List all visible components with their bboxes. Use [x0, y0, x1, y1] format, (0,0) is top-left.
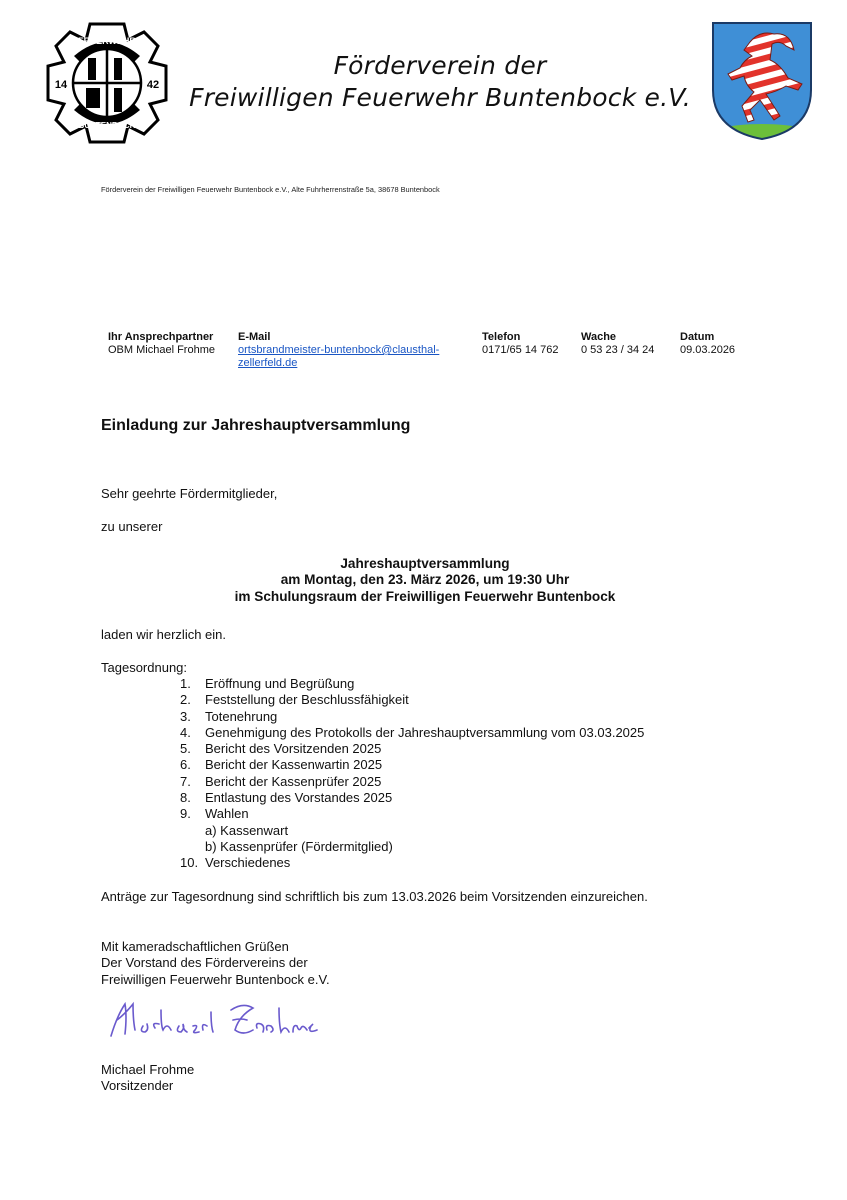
agenda-item: 4.Genehmigung des Protokolls der Jahresh…: [180, 725, 644, 741]
agenda-subitem: b) Kassenprüfer (Fördermitglied): [205, 839, 644, 855]
organization-title-line2: Freiwilligen Feuerwehr Buntenbock e.V.: [180, 82, 700, 114]
invite-text: laden wir herzlich ein.: [101, 627, 226, 643]
date-label: Datum: [680, 331, 775, 344]
contact-label: Ihr Ansprechpartner: [108, 331, 233, 344]
svg-text:FEUERWEHR: FEUERWEHR: [78, 36, 136, 46]
contact-value: OBM Michael Frohme: [108, 344, 233, 357]
agenda-item-text: Feststellung der Beschlussfähigkeit: [205, 692, 409, 707]
contact-person-block: Ihr Ansprechpartner OBM Michael Frohme: [108, 331, 233, 357]
svg-text:BUNTENBOCK: BUNTENBOCK: [79, 121, 136, 130]
deadline-notice: Anträge zur Tagesordnung sind schriftlic…: [101, 889, 648, 905]
email-block: E-Mail ortsbrandmeister-buntenbock@claus…: [238, 331, 468, 370]
station-value: 0 53 23 / 34 24: [581, 344, 676, 357]
agenda-item-text: Bericht des Vorsitzenden 2025: [205, 741, 381, 756]
phone-label: Telefon: [482, 331, 577, 344]
agenda-item-text: Verschiedenes: [205, 855, 290, 870]
agenda-item-text: Totenehrung: [205, 709, 277, 724]
salutation: Sehr geehrte Fördermitglieder,: [101, 486, 277, 502]
agenda-item-text: Bericht der Kassenwartin 2025: [205, 757, 382, 772]
signature: [103, 996, 333, 1044]
signer-role: Vorsitzender: [101, 1078, 194, 1094]
event-details: Jahreshauptversammlung am Montag, den 23…: [101, 556, 749, 605]
agenda-item: 8.Entlastung des Vorstandes 2025: [180, 790, 644, 806]
agenda-item-number: 3.: [180, 709, 191, 725]
closing-block: Mit kameradschaftlichen Grüßen Der Vorst…: [101, 939, 330, 988]
agenda-item-text: Entlastung des Vorstandes 2025: [205, 790, 392, 805]
svg-text:14: 14: [55, 79, 68, 91]
agenda-item: 10.Verschiedenes: [180, 855, 644, 871]
agenda-subitem: a) Kassenwart: [205, 823, 644, 839]
agenda-item-text: Genehmigung des Protokolls der Jahreshau…: [205, 725, 644, 740]
organization-title-line1: Förderverein der: [180, 50, 700, 82]
agenda-item-number: 8.: [180, 790, 191, 806]
event-title: Jahreshauptversammlung: [101, 556, 749, 572]
agenda-item: 7.Bericht der Kassenprüfer 2025: [180, 774, 644, 790]
letter-subject: Einladung zur Jahreshauptversammlung: [101, 417, 410, 435]
agenda-label: Tagesordnung:: [101, 660, 187, 676]
closing-greeting: Mit kameradschaftlichen Grüßen: [101, 939, 330, 955]
station-label: Wache: [581, 331, 676, 344]
signer-name: Michael Frohme: [101, 1062, 194, 1078]
phone-value: 0171/65 14 762: [482, 344, 577, 357]
closing-board-line1: Der Vorstand des Fördervereins der: [101, 955, 330, 971]
agenda-item-number: 7.: [180, 774, 191, 790]
svg-text:42: 42: [147, 79, 159, 91]
fire-department-logo: FEUERWEHR BUNTENBOCK 14 42: [44, 20, 170, 146]
agenda-item: 2.Feststellung der Beschlussfähigkeit: [180, 692, 644, 708]
agenda-item-number: 6.: [180, 757, 191, 773]
agenda-item-text: Bericht der Kassenprüfer 2025: [205, 774, 381, 789]
signer-block: Michael Frohme Vorsitzender: [101, 1062, 194, 1095]
sender-address-line: Förderverein der Freiwilligen Feuerwehr …: [101, 185, 440, 194]
date-value: 09.03.2026: [680, 344, 775, 357]
agenda-item-number: 4.: [180, 725, 191, 741]
agenda-item: 3.Totenehrung: [180, 709, 644, 725]
agenda-item: 9.Wahlena) Kassenwartb) Kassenprüfer (Fö…: [180, 806, 644, 855]
agenda-item-number: 5.: [180, 741, 191, 757]
agenda-item-number: 10.: [180, 855, 198, 871]
maltese-cross-logo-icon: FEUERWEHR BUNTENBOCK 14 42: [44, 20, 170, 146]
agenda-item-text: Wahlen: [205, 806, 249, 821]
agenda-item: 6.Bericht der Kassenwartin 2025: [180, 757, 644, 773]
event-date-time: am Montag, den 23. März 2026, um 19:30 U…: [101, 572, 749, 588]
phone-block: Telefon 0171/65 14 762: [482, 331, 577, 357]
coat-of-arms-goat-icon: [710, 20, 814, 142]
email-label: E-Mail: [238, 331, 468, 344]
event-location: im Schulungsraum der Freiwilligen Feuerw…: [101, 589, 749, 605]
agenda-item-number: 1.: [180, 676, 191, 692]
intro-text: zu unserer: [101, 519, 162, 535]
date-block: Datum 09.03.2026: [680, 331, 775, 357]
closing-board-line2: Freiwilligen Feuerwehr Buntenbock e.V.: [101, 972, 330, 988]
organization-title: Förderverein der Freiwilligen Feuerwehr …: [180, 50, 700, 114]
agenda-item-number: 2.: [180, 692, 191, 708]
agenda-item-number: 9.: [180, 806, 191, 822]
email-link[interactable]: ortsbrandmeister-buntenbock@clausthal-ze…: [238, 344, 439, 369]
station-block: Wache 0 53 23 / 34 24: [581, 331, 676, 357]
coat-of-arms-logo: [710, 20, 814, 142]
agenda-item: 1.Eröffnung und Begrüßung: [180, 676, 644, 692]
agenda-item: 5.Bericht des Vorsitzenden 2025: [180, 741, 644, 757]
handwritten-signature-icon: [103, 996, 333, 1044]
agenda-list: 1.Eröffnung und Begrüßung2.Feststellung …: [180, 676, 644, 872]
agenda-item-text: Eröffnung und Begrüßung: [205, 676, 354, 691]
